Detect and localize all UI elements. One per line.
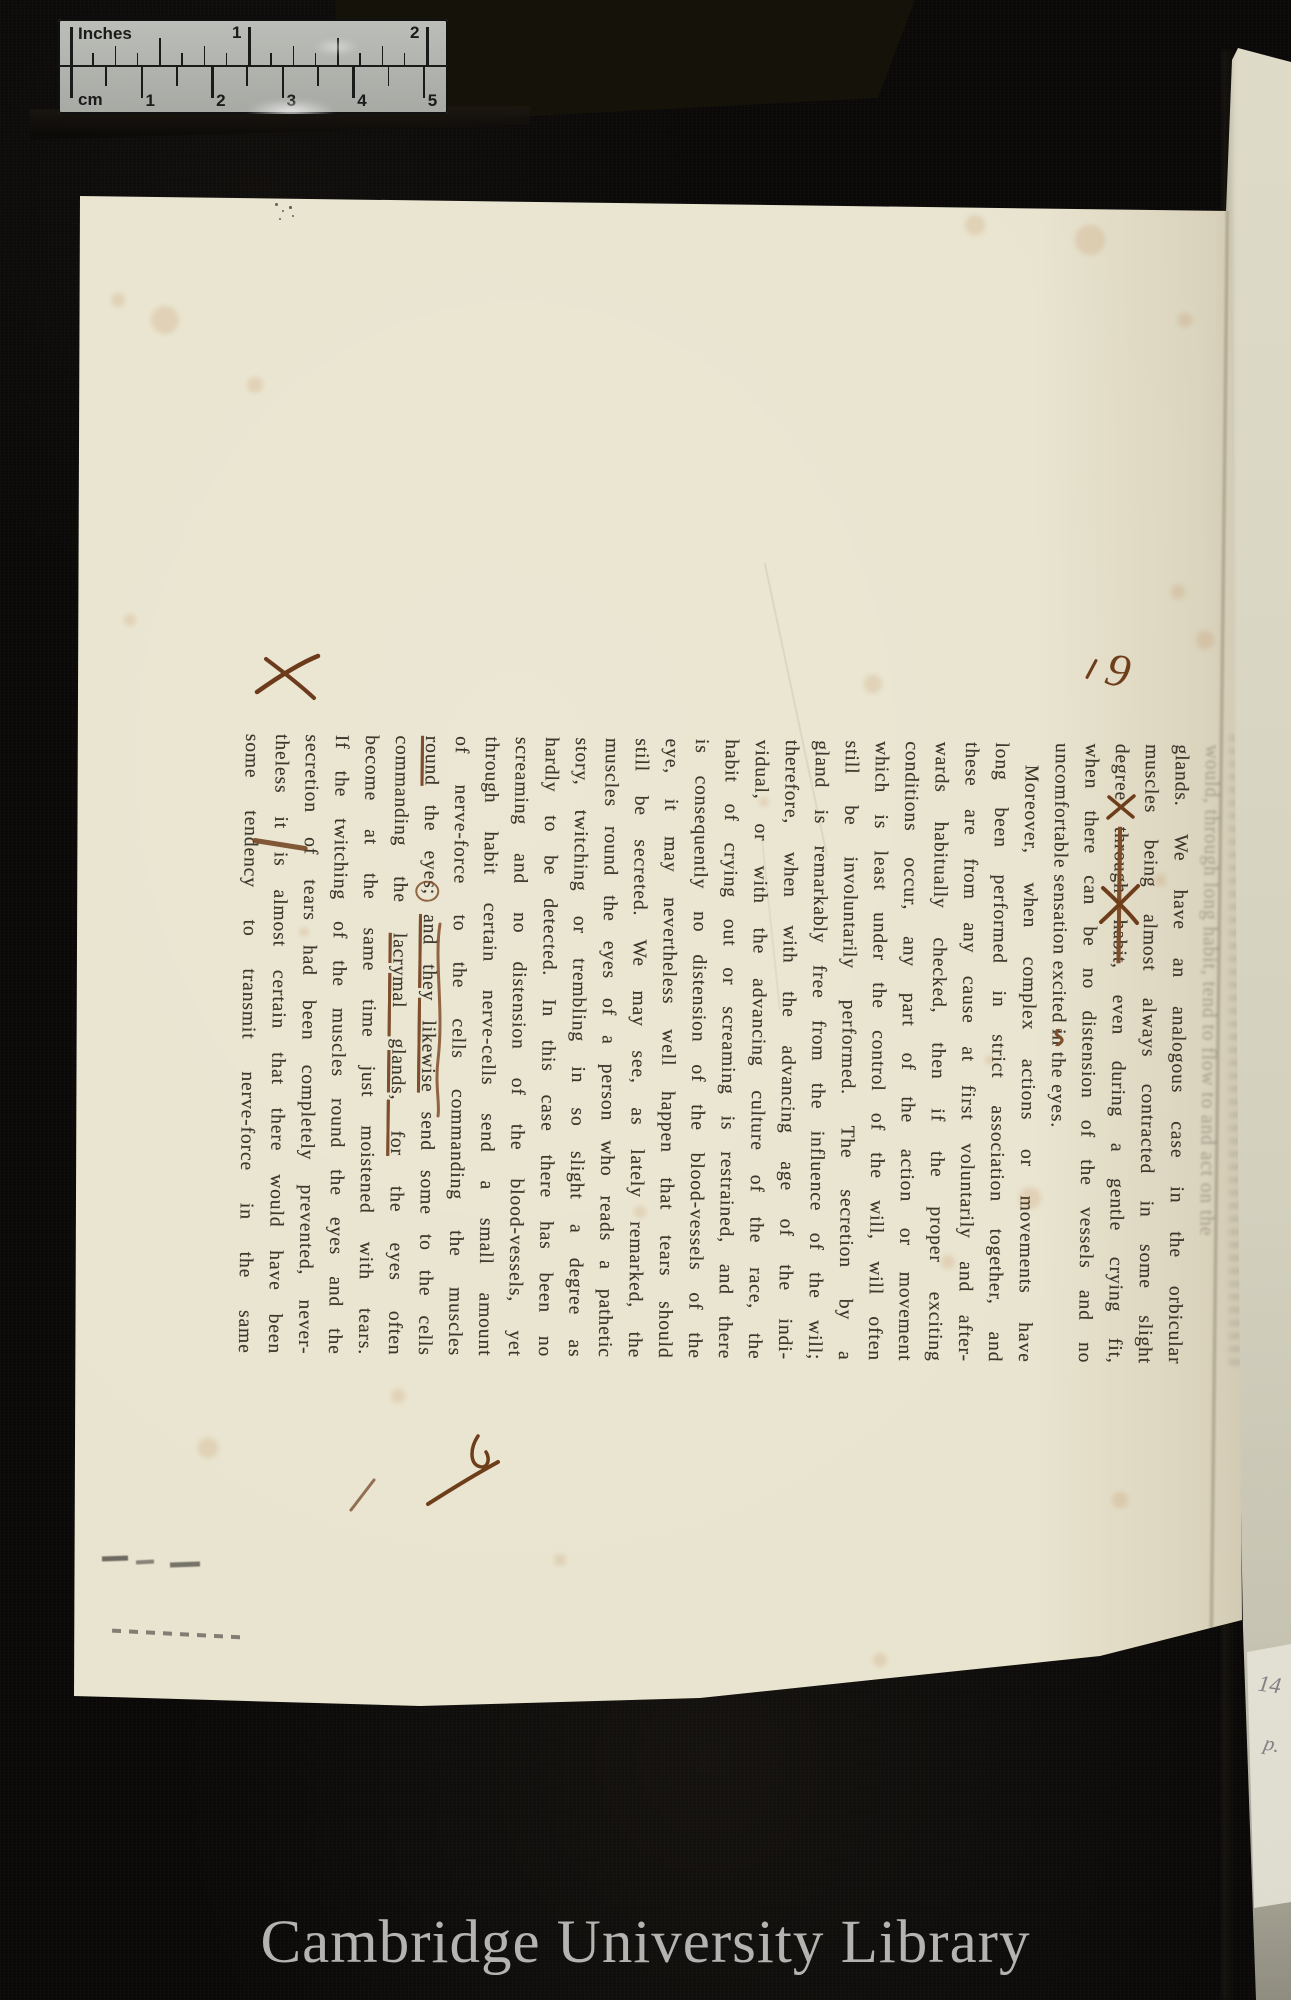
proof-marked-phrase: round xyxy=(420,736,442,786)
ruler-tick xyxy=(248,27,251,66)
foxing-spot xyxy=(873,1653,887,1667)
ruler-tick xyxy=(226,53,228,66)
ruler-tick xyxy=(315,53,317,66)
ruler-tick xyxy=(359,53,361,66)
measurement-ruler: Inches cm 1212345 xyxy=(58,19,448,114)
foxing-spot xyxy=(151,306,179,334)
ink-side-stroke xyxy=(430,920,450,1120)
ruler-tick xyxy=(317,67,319,86)
pencil-smudge xyxy=(102,1556,128,1562)
ruler-tick xyxy=(404,53,406,66)
printed-text-block: would, through long habit, tend to flow … xyxy=(229,734,1226,1365)
ruler-glare xyxy=(313,39,359,55)
pencil-smudge xyxy=(170,1561,200,1567)
ruler-tick xyxy=(141,67,144,98)
proof-marked-phrase: lacrymal glands, for xyxy=(386,933,410,1156)
ruler-tick xyxy=(137,53,139,66)
ruler-tick xyxy=(282,67,285,98)
ink-speck xyxy=(282,210,284,212)
ruler-glare xyxy=(246,99,336,114)
ruler-tick xyxy=(204,46,206,66)
ruler-tick xyxy=(382,46,384,66)
ruler-number: 2 xyxy=(410,23,419,43)
foxing-spot xyxy=(391,1389,405,1403)
ruler-tick xyxy=(388,67,390,86)
foxing-spot xyxy=(1171,585,1185,599)
foxing-spot xyxy=(554,1554,566,1566)
foxing-spot xyxy=(941,1255,955,1269)
proof-marked-phrase: ; xyxy=(419,889,440,896)
ruler-inches-label: Inches xyxy=(78,24,132,44)
foxing-spot xyxy=(124,614,136,626)
proof-marked-phrase: in xyxy=(1048,1029,1069,1046)
foxing-spot xyxy=(634,1206,646,1218)
ruler-tick xyxy=(211,67,214,98)
ruler-tick xyxy=(70,27,73,66)
book-page: would, through long habit, tend to flow … xyxy=(0,0,1291,2000)
ruler-tick xyxy=(246,67,248,86)
foxing-spot xyxy=(864,675,882,693)
ruler-tick xyxy=(176,67,178,86)
foxing-spot xyxy=(1075,225,1105,255)
ruler-tick xyxy=(105,67,107,86)
foxing-spot xyxy=(198,1438,218,1458)
foxing-spot xyxy=(111,293,125,307)
ruler-tick xyxy=(92,53,94,66)
foxing-spot xyxy=(1154,874,1166,886)
ink-speck xyxy=(279,218,281,220)
foxing-spot xyxy=(247,377,263,393)
ruler-number: 4 xyxy=(357,91,366,111)
handwritten-tick-mark xyxy=(1085,659,1098,680)
ruler-number: 1 xyxy=(146,91,155,111)
ruler-tick xyxy=(181,53,183,66)
ruler-tick xyxy=(293,46,295,66)
handwritten-x-mark xyxy=(252,652,324,708)
ruler-tick xyxy=(423,67,426,98)
ink-speck xyxy=(275,203,278,206)
ruler-tick xyxy=(70,67,73,98)
foxing-spot xyxy=(1196,631,1214,649)
library-caption: Cambridge University Library xyxy=(0,1908,1291,1978)
ruler-tick xyxy=(270,53,272,66)
foxing-spot xyxy=(299,927,309,937)
foxing-spot xyxy=(965,215,985,235)
pencil-dashed-line xyxy=(112,1629,242,1640)
ruler-number: 2 xyxy=(216,91,225,111)
ink-speck xyxy=(289,206,292,209)
strikeout-cross-large xyxy=(1096,882,1142,928)
photograph-stage: 14 p. would, through long habit, tend to… xyxy=(0,0,1291,2000)
handwritten-margin-number: 9 xyxy=(1101,646,1135,697)
ruler-cm-label: cm xyxy=(78,90,103,110)
foxing-spot xyxy=(1112,1492,1128,1508)
ruler-tick xyxy=(159,38,161,66)
foxing-spot xyxy=(1178,313,1192,327)
ruler-number: 1 xyxy=(232,23,241,43)
ruler-tick xyxy=(352,67,355,98)
ruler-tick xyxy=(426,27,429,66)
tag-note-1: 14 xyxy=(1256,1671,1282,1700)
ink-speck xyxy=(292,215,294,217)
strikeout-cross-small xyxy=(1104,792,1138,822)
ruler-tick xyxy=(115,46,117,66)
ruler-divider xyxy=(58,65,448,67)
foxing-spot xyxy=(759,797,769,807)
ruler-number: 5 xyxy=(428,91,437,111)
foxing-spot xyxy=(985,1055,995,1065)
handwritten-proof-mark xyxy=(424,1428,506,1520)
foxing-spot xyxy=(1019,1187,1041,1209)
handwritten-proof-mark-small xyxy=(346,1472,380,1516)
pencil-smudge xyxy=(136,1560,154,1565)
